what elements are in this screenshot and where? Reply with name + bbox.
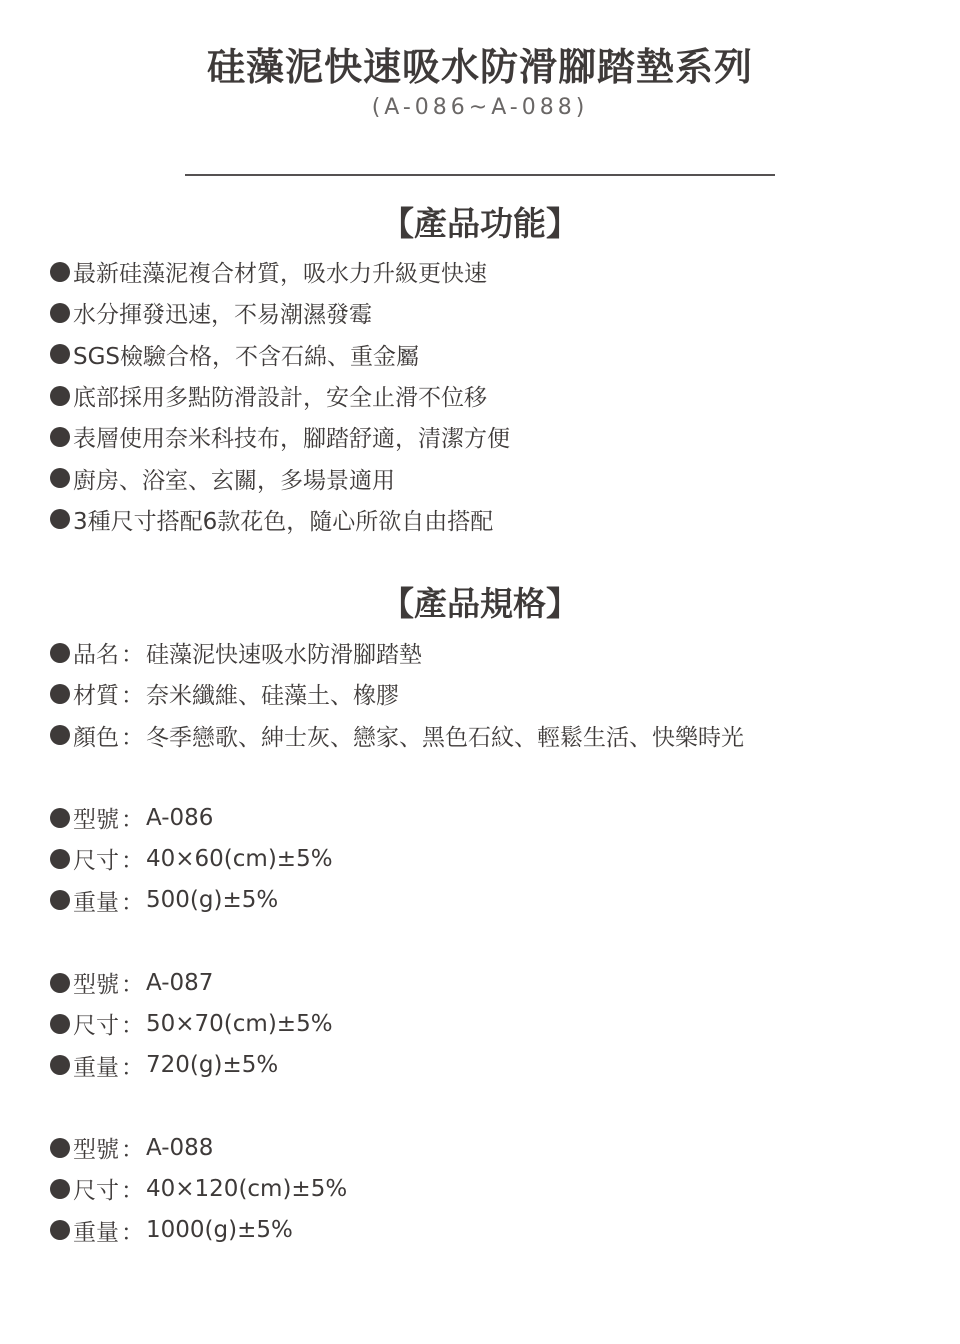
bullet-icon (50, 1179, 70, 1199)
page-title: 硅藻泥快速吸水防滑腳踏墊系列 (0, 42, 960, 92)
spec-row-weight: 重量：720(g)±5% (50, 1045, 333, 1086)
bullet-icon (50, 725, 70, 745)
spec-row-material: 材質：奈米纖維、硅藻土、橡膠 (50, 673, 744, 714)
model-a086-specs: 型號：A-086 尺寸：40×60(cm)±5% 重量：500(g)±5% (50, 797, 333, 921)
spec-row-size: 尺寸：50×70(cm)±5% (50, 1003, 333, 1044)
bullet-icon (50, 468, 70, 488)
spec-row-weight: 重量：1000(g)±5% (50, 1210, 347, 1251)
bullet-icon (50, 808, 70, 828)
feature-item: 表層使用奈米科技布，腳踏舒適，清潔方便 (50, 416, 510, 457)
bullet-icon (50, 344, 70, 364)
bullet-icon (50, 509, 70, 529)
bullet-icon (50, 643, 70, 663)
bullet-icon (50, 1055, 70, 1075)
feature-item: 3種尺寸搭配6款花色，隨心所欲自由搭配 (50, 499, 510, 540)
specs-general-list: 品名：硅藻泥快速吸水防滑腳踏墊 材質：奈米纖維、硅藻土、橡膠 顏色：冬季戀歌、紳… (50, 632, 744, 756)
bullet-icon (50, 684, 70, 704)
feature-item: 廚房、浴室、玄關，多場景適用 (50, 457, 510, 498)
feature-item: 底部採用多點防滑設計，安全止滑不位移 (50, 375, 510, 416)
bullet-icon (50, 890, 70, 910)
bullet-icon (50, 1220, 70, 1240)
feature-item: 最新硅藻泥複合材質，吸水力升級更快速 (50, 251, 510, 292)
bullet-icon (50, 303, 70, 323)
model-a088-specs: 型號：A-088 尺寸：40×120(cm)±5% 重量：1000(g)±5% (50, 1127, 347, 1251)
spec-row-weight: 重量：500(g)±5% (50, 880, 333, 921)
spec-row-model: 型號：A-086 (50, 797, 333, 838)
spec-row-model: 型號：A-088 (50, 1127, 347, 1168)
divider (185, 174, 775, 176)
features-heading: 【產品功能】 (0, 202, 960, 246)
bullet-icon (50, 973, 70, 993)
bullet-icon (50, 1138, 70, 1158)
spec-row-size: 尺寸：40×120(cm)±5% (50, 1168, 347, 1209)
bullet-icon (50, 386, 70, 406)
features-list: 最新硅藻泥複合材質，吸水力升級更快速 水分揮發迅速，不易潮濕發霉 SGS檢驗合格… (50, 251, 510, 540)
spec-row-size: 尺寸：40×60(cm)±5% (50, 838, 333, 879)
feature-item: SGS檢驗合格，不含石綿、重金屬 (50, 334, 510, 375)
spec-row-colors: 顏色：冬季戀歌、紳士灰、戀家、黑色石紋、輕鬆生活、快樂時光 (50, 715, 744, 756)
bullet-icon (50, 262, 70, 282)
bullet-icon (50, 427, 70, 447)
specs-heading: 【產品規格】 (0, 582, 960, 626)
spec-row-model: 型號：A-087 (50, 962, 333, 1003)
spec-row-name: 品名：硅藻泥快速吸水防滑腳踏墊 (50, 632, 744, 673)
bullet-icon (50, 849, 70, 869)
bullet-icon (50, 1014, 70, 1034)
model-range-subtitle: (A-086~A-088) (0, 92, 960, 124)
feature-item: 水分揮發迅速，不易潮濕發霉 (50, 292, 510, 333)
model-a087-specs: 型號：A-087 尺寸：50×70(cm)±5% 重量：720(g)±5% (50, 962, 333, 1086)
